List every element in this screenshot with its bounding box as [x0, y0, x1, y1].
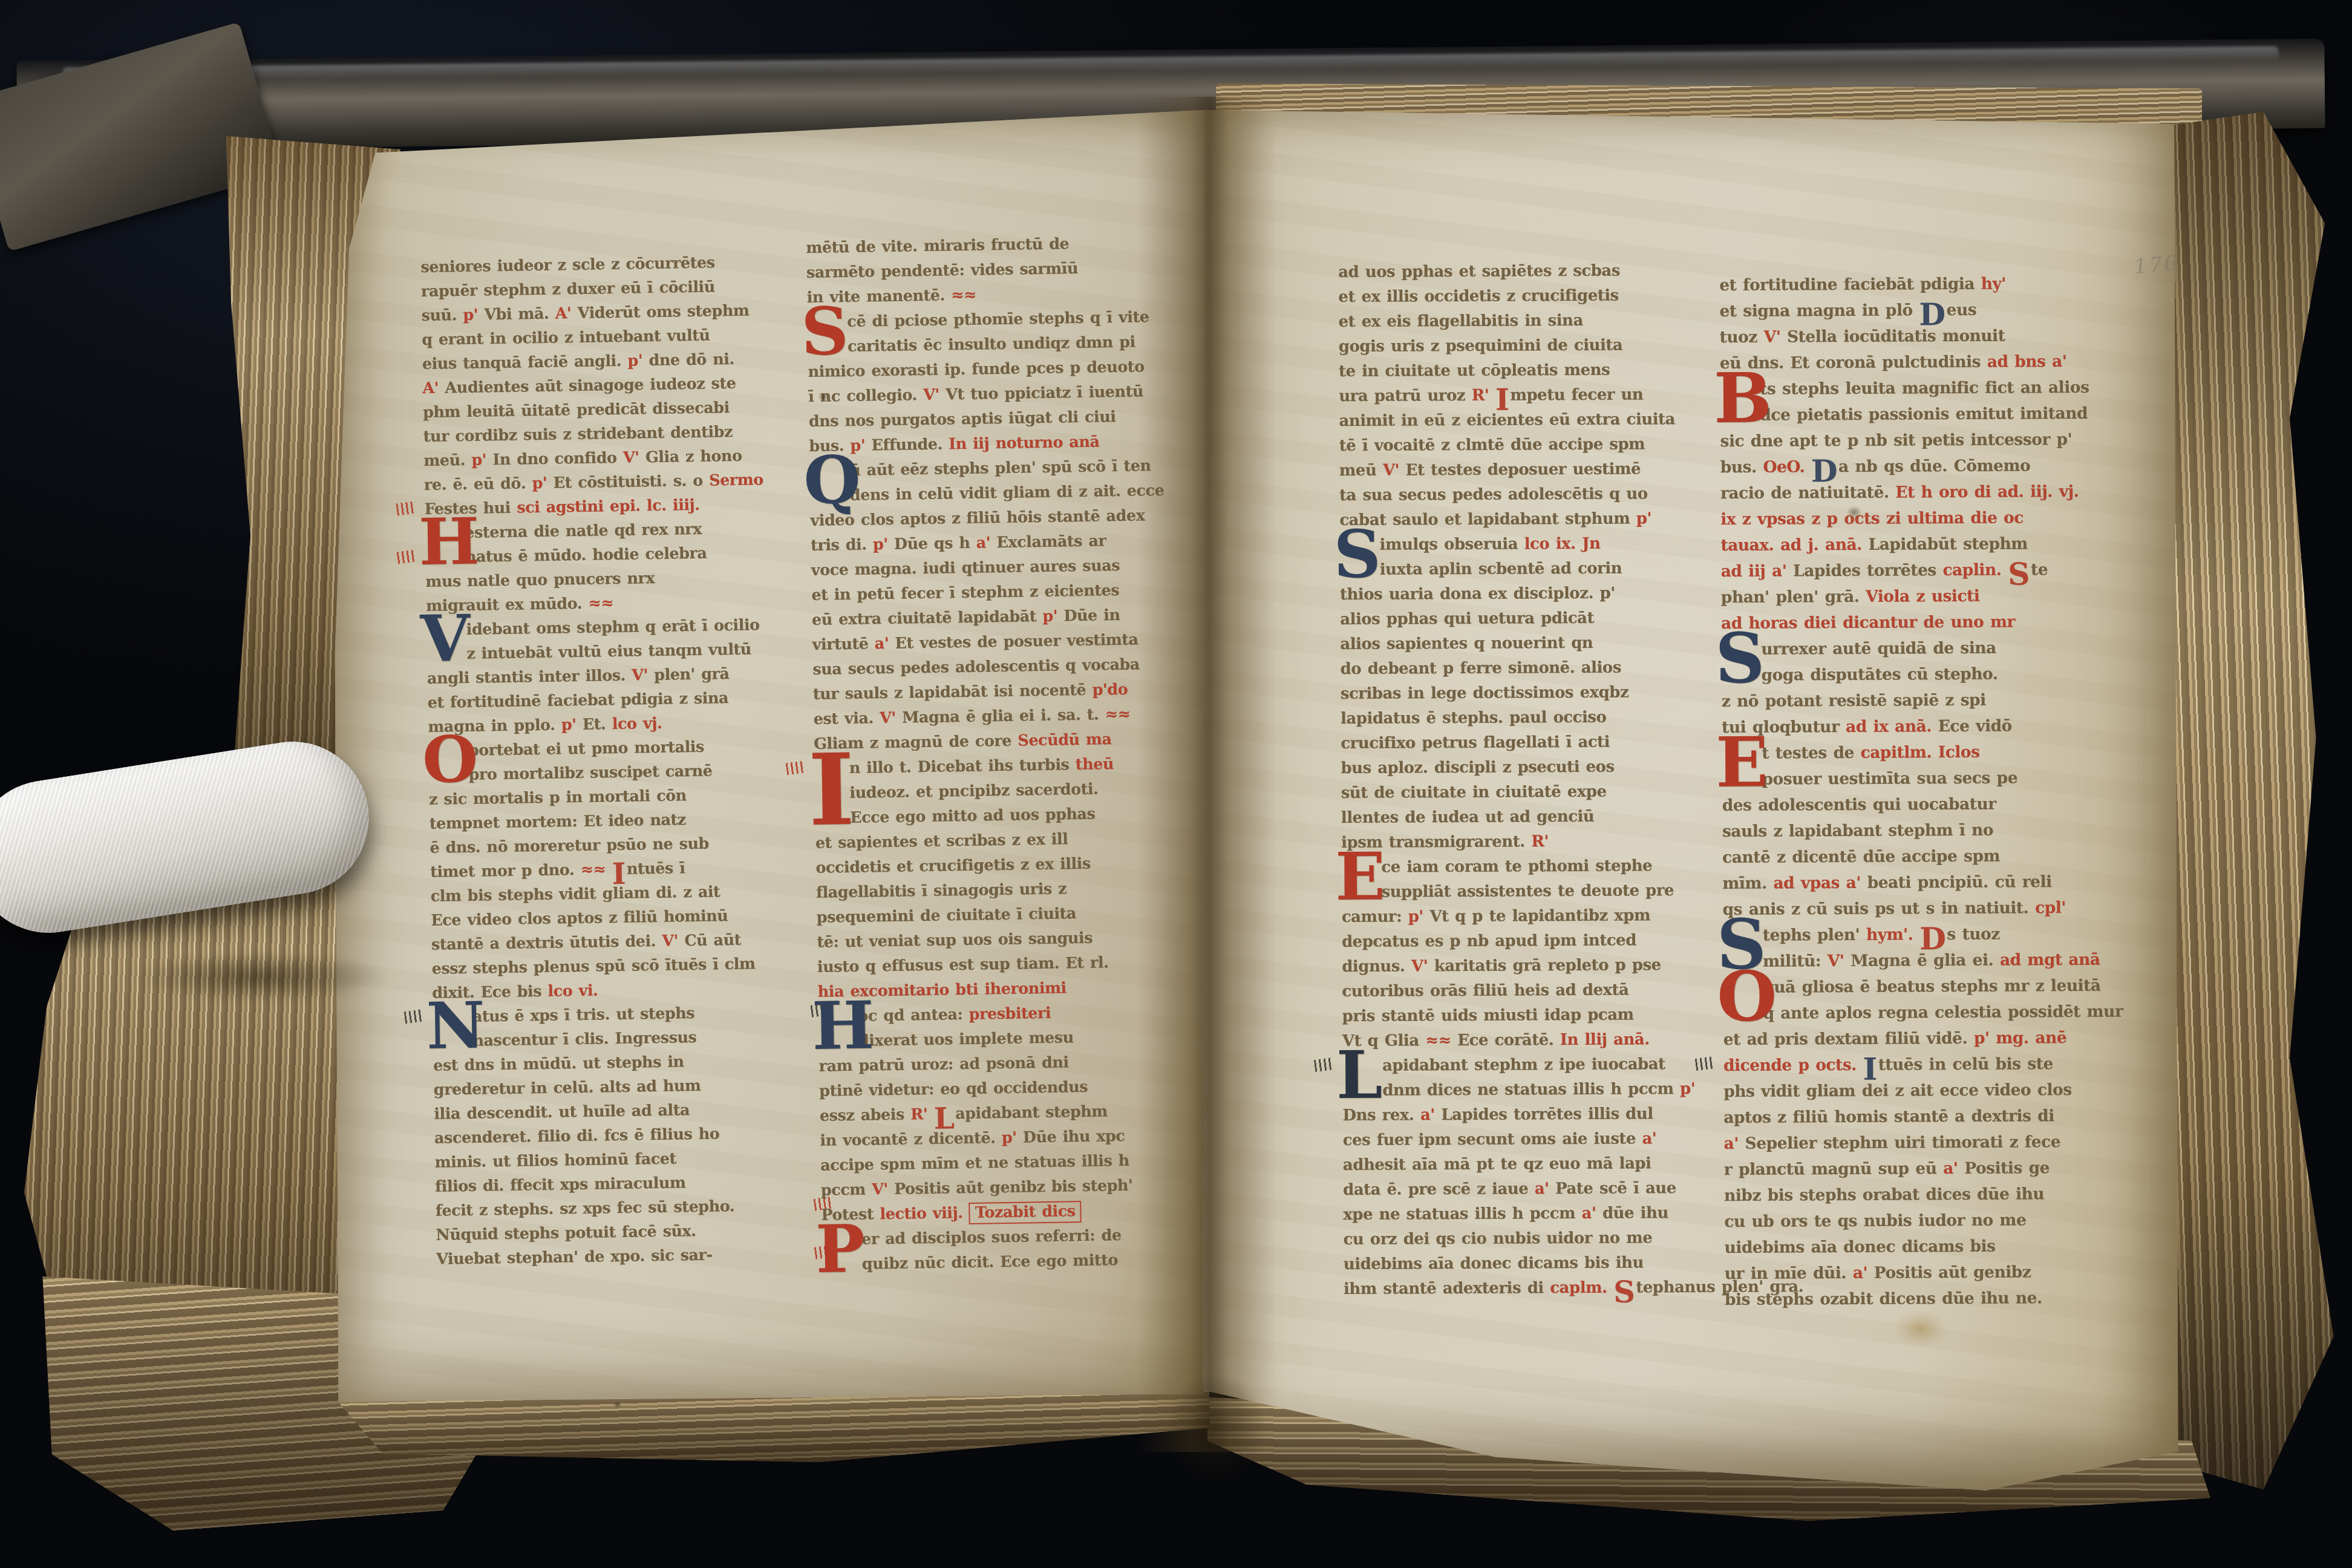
- manuscript-text-segment: V': [1383, 461, 1406, 479]
- manuscript-text-segment: S: [1613, 1274, 1636, 1309]
- margin-penwork-mark: [1314, 1057, 1333, 1072]
- manuscript-text-segment: sci agstini epi. lc. iiij.: [517, 496, 700, 517]
- manuscript-text-segment: ix z vpsas z p octs zi ultima die oc: [1720, 508, 2024, 529]
- manuscript-text-segment: suppliāt assistentes te deuote pre: [1381, 881, 1674, 901]
- manuscript-text-segment: idebant oms stephm q erāt ī ocilio: [466, 616, 759, 639]
- manuscript-text-segment: caritatis ēc insulto undiqz dmn pi: [848, 333, 1135, 355]
- manuscript-text-segment: phm leuitā ūitatē predicāt dissecabi: [423, 399, 730, 422]
- illuminated-initial-E: E: [1335, 851, 1385, 902]
- manuscript-line: nibz bis stephs orabat dices dūe ihu: [1724, 1181, 2108, 1209]
- manuscript-text-segment: eius tanquā faciē angli.: [422, 352, 628, 373]
- manuscript-line: ura patrū uroz R' Impetu fecer un: [1339, 382, 1714, 409]
- manuscript-line: camur: p' Vt q p te lapidantibz xpm: [1342, 903, 1717, 930]
- manuscript-text-segment: posuer uestimīta sua secs pe: [1762, 768, 2017, 788]
- manuscript-text-segment: re. ē. eū dō.: [424, 474, 532, 494]
- manuscript-text-segment: V': [632, 666, 654, 685]
- manuscript-text-segment: ts stephs leuita magnific fict an alios: [1760, 378, 2089, 399]
- manuscript-text-segment: a': [1943, 1159, 1964, 1178]
- margin-penwork-mark: [1695, 1056, 1714, 1071]
- manuscript-text-segment: In llij anā.: [1560, 1030, 1650, 1049]
- manuscript-line: dicende p octs. Ittuēs in celū bis ste: [1723, 1051, 2108, 1079]
- manuscript-line: tē ī vocaitē z clmtē dūe accipe spm: [1339, 432, 1714, 459]
- manuscript-line: tephs plen' hym'. Ds tuoz: [1723, 921, 2107, 949]
- manuscript-text-segment: Secūdū ma: [1018, 730, 1111, 750]
- manuscript-text-segment: OeO.: [1763, 457, 1811, 476]
- manuscript-text-segment: ce iam coram te pthomi stephe: [1381, 857, 1652, 876]
- manuscript-text-segment: hy': [1981, 275, 2006, 293]
- manuscript-line: et signa magna in plō Deus: [1719, 296, 2103, 324]
- manuscript-text-segment: Cū aūt: [684, 931, 741, 950]
- manuscript-line: lapidatus ē stephs. paul occiso: [1341, 705, 1716, 731]
- manuscript-text-segment: aptos z filiū homis stantē a dextris di: [1723, 1106, 2054, 1127]
- illuminated-initial-I: I: [808, 751, 855, 829]
- manuscript-text-segment: tauax. ad j. anā.: [1720, 535, 1868, 555]
- manuscript-text-segment: pris stantē uids miusti idap pcam: [1342, 1005, 1633, 1025]
- manuscript-line: a' Sepelier stephm uiri timorati z fece: [1723, 1129, 2108, 1157]
- manuscript-text-segment: Sepelier stephm uiri timorati z fece: [1745, 1132, 2060, 1153]
- manuscript-text-segment: Viola z usicti: [1866, 587, 1979, 606]
- manuscript-text-segment: portebat ei ut pmo mortalis: [468, 738, 704, 760]
- manuscript-text-segment: Effunde.: [871, 435, 949, 454]
- manuscript-line: ta sua secus pedes adolescētis q uo: [1339, 482, 1714, 508]
- manuscript-text-segment: est via.: [813, 709, 880, 728]
- illuminated-initial-H: H: [812, 999, 875, 1051]
- manuscript-text-segment: clm bis stephs vidit gliam di. z ait: [430, 883, 720, 906]
- left-page-column-2: mētū de vite. miraris fructū desarmēto p…: [806, 230, 1200, 1278]
- illuminated-initial-V: V: [420, 613, 470, 664]
- manuscript-text-segment: stantē a dextris ūtutis dei.: [431, 932, 662, 954]
- manuscript-text-segment: nascentur ī clis. Ingressus: [472, 1028, 696, 1050]
- illuminated-initial-O: O: [1717, 970, 1777, 1024]
- manuscript-text-segment: Vt q p te lapidantibz xpm: [1429, 906, 1650, 926]
- manuscript-text-segment: Tozabit dics: [969, 1201, 1082, 1224]
- manuscript-text-segment: Et testes deposuer uestimē: [1405, 460, 1641, 479]
- manuscript-text-segment: adhesit aīa mā pt te qz euo mā lapi: [1343, 1154, 1651, 1174]
- manuscript-text-segment: accipe spm mīm et ne statuas illis h: [820, 1152, 1129, 1175]
- manuscript-line: urrexer autē quidā de sina: [1721, 635, 2105, 662]
- manuscript-text-segment: Iclos: [1938, 743, 1980, 762]
- manuscript-text-segment: Viuebat stephan' de xpo. sic sar-: [436, 1246, 713, 1269]
- manuscript-text-segment: timet mor p dno.: [430, 861, 581, 881]
- manuscript-text-segment: phan' plen' grā.: [1721, 587, 1866, 607]
- manuscript-line: uidebims aīa donec dicams bis: [1724, 1233, 2108, 1261]
- manuscript-text-segment: V': [1763, 327, 1787, 346]
- manuscript-line: suppliāt assistentes te deuote pre: [1341, 878, 1716, 905]
- manuscript-text-segment: psequemini de ciuitate ī ciuita: [816, 904, 1076, 927]
- manuscript-line: cu orz dei qs cio nubis uidor no me: [1343, 1226, 1718, 1252]
- manuscript-text-segment: dns nos purgatos aptis iūgat cli ciui: [809, 408, 1116, 431]
- manuscript-text-segment: R': [1531, 832, 1549, 851]
- manuscript-text-segment: Lapides torrētes illis dul: [1441, 1105, 1653, 1124]
- manuscript-text-segment: scribas in lege doctissimos exqbz: [1341, 683, 1629, 702]
- manuscript-text-segment: ttuēs in celū bis ste: [1878, 1054, 2053, 1074]
- manuscript-text-segment: Et vestes de posuer vestimta: [895, 630, 1138, 652]
- manuscript-line: adhesit aīa mā pt te qz euo mā lapi: [1343, 1151, 1718, 1178]
- manuscript-line: r planctū magnū sup eū a' Positis ge: [1724, 1155, 2108, 1183]
- manuscript-text-segment: sūt de ciuitate in ciuitatē expe: [1341, 783, 1607, 802]
- glove-shadow: [91, 944, 430, 1010]
- manuscript-line: cantē z dicentē dūe accipe spm: [1722, 843, 2106, 871]
- manuscript-text-segment: a': [1642, 1129, 1656, 1148]
- manuscript-text-segment: Et cōstituisti. s. o: [553, 472, 709, 492]
- manuscript-text-segment: ihm stantē adexteris di: [1344, 1279, 1550, 1298]
- manuscript-text-segment: lco vj.: [612, 714, 662, 733]
- manuscript-text-segment: p': [532, 474, 553, 493]
- margin-penwork-mark: [404, 1009, 423, 1024]
- illuminated-initial-H: H: [419, 516, 480, 567]
- manuscript-text-segment: Ecce ego mitto ad uos pphas: [850, 805, 1096, 827]
- manuscript-text-segment: tur sauls z lapidabāt isi nocentē: [813, 681, 1093, 704]
- manuscript-line: et ex eis flagellabitis in sina: [1338, 308, 1713, 335]
- manuscript-text-segment: quā gliosa ē beatus stephs mr z leuitā: [1763, 976, 2100, 997]
- manuscript-line: z nō potant resistē sapiē z spi: [1722, 687, 2106, 714]
- manuscript-text-segment: imulqs obseruia: [1379, 535, 1524, 554]
- manuscript-text-segment: ad horas diei dicantur de uno mr: [1721, 612, 2015, 633]
- manuscript-text-segment: Vbi mā.: [484, 305, 555, 324]
- manuscript-text-segment: ū aūt eēz stephs plen' spū scō ī ten: [849, 457, 1151, 480]
- manuscript-text-segment: cutoribus orās filiū heis ad dextā: [1342, 981, 1628, 1001]
- manuscript-text-segment: Stella iocūditatis monuit: [1787, 327, 2005, 347]
- manuscript-text-segment: a': [1420, 1106, 1442, 1124]
- manuscript-line: sauls z lapidabant stephm ī no: [1722, 817, 2106, 844]
- manuscript-text-segment: lectio viij.: [880, 1204, 969, 1223]
- manuscript-text-segment: R': [1472, 387, 1495, 405]
- manuscript-text-segment: ad mgt anā: [2000, 950, 2100, 970]
- manuscript-text-segment: Positis ge: [1964, 1158, 2050, 1178]
- manuscript-text-segment: tur cordibz suis z stridebant dentibz: [423, 423, 733, 446]
- manuscript-text-segment: mētū de vite. miraris fructū de: [806, 235, 1069, 257]
- manuscript-line: aptos z filiū homis stantē a dextris di: [1723, 1103, 2108, 1131]
- manuscript-text-segment: tris di.: [811, 535, 873, 555]
- manuscript-text-segment: Ece video clos aptos z filiū hominū: [431, 907, 728, 930]
- manuscript-text-segment: essz stephs plenus spū scō ītuēs ī clm: [431, 955, 755, 978]
- manuscript-text-segment: p'do: [1092, 681, 1128, 699]
- manuscript-text-segment: te: [2031, 560, 2048, 579]
- manuscript-text-segment: Lapidabūt stephm: [1868, 534, 2027, 554]
- manuscript-text-segment: ī nc collegio.: [808, 386, 923, 406]
- manuscript-line: ts stephs leuita magnific fict an alios: [1720, 374, 2104, 402]
- manuscript-text-segment: dnm dices ne statuas illis h pccm: [1382, 1080, 1680, 1100]
- manuscript-line: goga disputātes cū stepho.: [1721, 661, 2105, 688]
- manuscript-text-segment: ≈≈: [588, 594, 613, 613]
- manuscript-line: sic dne apt te p nb sit petis intcessor …: [1720, 426, 2104, 454]
- manuscript-text-segment: et in petū fecer ī stephm z eicientes: [811, 581, 1119, 604]
- manuscript-text-segment: bus.: [1720, 458, 1763, 477]
- manuscript-text-segment: Vt tuo ppiciatz ī iuentū: [946, 382, 1143, 403]
- manuscript-text-segment: dicende p octs.: [1723, 1056, 1863, 1075]
- manuscript-line: xpe ne statuas illis h pccm a' dūe ihu: [1343, 1201, 1718, 1227]
- illuminated-initial-S: S: [1715, 632, 1765, 685]
- manuscript-text-segment: esterna die natle qd rex nrx: [465, 520, 702, 542]
- manuscript-line: ad iij a' Lapides torrētes caplin. Ste: [1720, 557, 2105, 584]
- manuscript-text-segment: llentes de iudea ut ad genciū: [1341, 808, 1595, 827]
- manuscript-text-segment: ura patrū uroz: [1339, 387, 1472, 405]
- manuscript-line: et ad pris dextam filiū vidē. p' mg. anē: [1723, 1025, 2108, 1053]
- manuscript-text-segment: A': [422, 379, 445, 397]
- manuscript-text-segment: p': [627, 351, 648, 370]
- manuscript-text-segment: nibz bis stephs orabat dices dūe ihu: [1724, 1184, 2044, 1205]
- manuscript-text-segment: iusto q effusus est sup tiam. Et rl.: [817, 953, 1109, 976]
- manuscript-text-segment: mpetu fecer un: [1510, 385, 1643, 404]
- manuscript-text-segment: V': [623, 448, 645, 467]
- manuscript-line: crucifixo petrus flagellati ī acti: [1341, 730, 1716, 756]
- manuscript-line: alios sapientes q nouerint qn: [1340, 630, 1715, 657]
- manuscript-line: ihm stantē adexteris di caplm. Stephanus…: [1344, 1275, 1719, 1302]
- manuscript-text-segment: mīm.: [1722, 874, 1773, 893]
- manuscript-text-segment: ≈≈: [951, 286, 976, 305]
- manuscript-text-segment: ptinē videtur: eo qd occidendus: [819, 1078, 1088, 1100]
- manuscript-text-segment: p': [1408, 907, 1430, 926]
- manuscript-text-segment: alios sapientes q nouerint qn: [1340, 634, 1593, 653]
- manuscript-text-segment: Positis aūt genibz bis steph': [894, 1177, 1133, 1198]
- manuscript-text-segment: Ece corātē.: [1457, 1031, 1560, 1050]
- manuscript-text-segment: p': [1680, 1080, 1695, 1098]
- manuscript-text-segment: ad bns a': [1987, 352, 2067, 371]
- manuscript-text-segment: do debeant p ferre simonē. alios: [1340, 659, 1621, 678]
- manuscript-text-segment: goga disputātes cū stepho.: [1761, 665, 1998, 685]
- manuscript-text-segment: te in ciuitate ut cōpleatis mens: [1339, 361, 1610, 381]
- illuminated-initial-S: S: [801, 305, 849, 358]
- manuscript-text-segment: Nūquid stephs potuit facē sūx.: [436, 1222, 696, 1244]
- manuscript-photograph: seniores iudeor z scle z cōcurrētesrapuē…: [0, 0, 2352, 1568]
- manuscript-text-segment: quibz nūc dicit. Ece ego mitto: [861, 1251, 1118, 1273]
- manuscript-text-segment: tempnet mortem: Et ideo natz: [430, 811, 686, 833]
- manuscript-text-segment: crucifixo petrus flagellati ī acti: [1341, 733, 1610, 753]
- manuscript-line: ces fuer ipm secunt oms aie iuste a': [1343, 1126, 1718, 1153]
- manuscript-text-segment: p': [463, 305, 484, 324]
- folio-number: 176: [2133, 251, 2180, 279]
- manuscript-text-segment: ascenderet. filio di. fcs ē filius ho: [434, 1125, 720, 1147]
- manuscript-text-segment: dens in celū vidit gliam di z ait. ecce: [850, 482, 1165, 505]
- manuscript-text-segment: In iij noturno anā: [949, 433, 1100, 453]
- manuscript-text-segment: Audientes aūt sinagoge iudeoz ste: [445, 374, 736, 397]
- manuscript-text-segment: cantē z dicentē dūe accipe spm: [1722, 847, 2000, 867]
- manuscript-text-segment: et ex illis occidetis z crucifigetis: [1338, 287, 1618, 306]
- margin-penwork-mark: [786, 760, 805, 775]
- manuscript-text-segment: et signa magna in plō: [1719, 301, 1919, 321]
- manuscript-text-segment: p': [471, 451, 492, 469]
- manuscript-text-segment: minis. ut filios hominū facet: [434, 1150, 676, 1172]
- manuscript-text-segment: Dūe in: [1063, 606, 1120, 625]
- manuscript-text-segment: cē di pciose pthomīe stephs q ī vite: [847, 308, 1149, 331]
- manuscript-text-segment: a': [1535, 1180, 1556, 1198]
- manuscript-line: pris stantē uids miusti idap pcam: [1342, 1002, 1717, 1029]
- manuscript-line: meū V' Et testes deposuer uestimē: [1339, 457, 1714, 483]
- manuscript-text-segment: Magna ē glia ei.: [1851, 951, 2000, 970]
- manuscript-line: bus. OeO. Da nb qs dūe. Cōmemo: [1720, 452, 2105, 480]
- manuscript-text-segment: ad ix anā.: [1846, 717, 1938, 736]
- manuscript-text-segment: ces fuer ipm secunt oms aie iuste: [1343, 1129, 1642, 1149]
- manuscript-text-segment: flagellabitis ī sinagogis uris z: [816, 880, 1067, 901]
- manuscript-text-segment: a': [1723, 1134, 1745, 1153]
- manuscript-text-segment: sic dne apt te p nb sit petis intcessor …: [1720, 430, 2072, 451]
- manuscript-text-segment: voce magna. iudi qtinuer aures suas: [811, 557, 1120, 580]
- manuscript-text-segment: cu orz dei qs cio nubis uidor no me: [1343, 1229, 1652, 1249]
- illuminated-initial-B: B: [1714, 371, 1772, 425]
- manuscript-text-segment: Exclamāts ar: [996, 532, 1106, 552]
- manuscript-text-segment: cabat saulo et lapidabant stphum: [1339, 509, 1636, 529]
- manuscript-text-segment: qs anis z cū suis ps ut s in natiuit.: [1722, 898, 2035, 919]
- manuscript-text-segment: ntuēs ī: [627, 859, 685, 878]
- manuscript-line: imulqs obseruia lco ix. Jn: [1339, 531, 1714, 558]
- manuscript-text-segment: thios uaria dona ex disciploz. p': [1340, 584, 1615, 604]
- manuscript-text-segment: a nb qs dūe. Cōmemo: [1838, 456, 2030, 476]
- manuscript-text-segment: dne dō ni.: [648, 350, 734, 370]
- manuscript-text-segment: iudeoz. et pncipibz sacerdoti.: [849, 780, 1098, 802]
- manuscript-text-segment: sua secus pedes adolescentis q vocaba: [812, 655, 1140, 678]
- manuscript-text-segment: cpl': [2035, 898, 2066, 917]
- margin-penwork-mark: [396, 501, 415, 515]
- manuscript-text-segment: ad iij a': [1721, 561, 1794, 581]
- illuminated-initial-Q: Q: [803, 454, 861, 506]
- manuscript-text-segment: rapuēr stephm z duxer eū ī cōciliū: [421, 278, 715, 301]
- manuscript-line: eū dns. Et coronā pulctudinis ad bns a': [1720, 348, 2104, 376]
- manuscript-text-segment: dce pietatis passionis emitut imitand: [1760, 404, 2088, 425]
- manuscript-text-segment: eū extra ciuitatē lapidabāt: [812, 607, 1043, 629]
- manuscript-line: tuoz V' Stella iocūditatis monuit: [1719, 322, 2103, 350]
- manuscript-text-segment: ≈≈: [1105, 705, 1130, 724]
- manuscript-text-segment: alios pphas qui uetura pdicāt: [1340, 609, 1594, 629]
- illuminated-initial-E: E: [1716, 736, 1768, 789]
- manuscript-text-segment: natus ē mūdo. hodie celebra: [465, 544, 707, 566]
- manuscript-text-segment: essz abeis: [820, 1105, 911, 1125]
- manuscript-line: ce iam coram te pthomi stephe: [1341, 854, 1716, 880]
- right-page-column-1: ad uos pphas et sapiētes z scbaset ex il…: [1338, 258, 1719, 1302]
- manuscript-text-segment: R': [910, 1105, 934, 1124]
- manuscript-text-segment: beati pncipiū. cū reli: [1867, 872, 2052, 892]
- manuscript-text-segment: Viderūt oms stephm: [577, 301, 749, 322]
- manuscript-text-segment: p': [1002, 1129, 1023, 1148]
- manuscript-text-segment: suū.: [421, 306, 463, 325]
- illuminated-initial-P: P: [815, 1223, 866, 1275]
- manuscript-text-segment: er ad disciplos suos referri: de: [861, 1226, 1122, 1249]
- manuscript-line: dignus. V' karitatis grā repleto p pse: [1342, 953, 1717, 979]
- manuscript-text-segment: pro mortalibz suscipet carnē: [468, 762, 712, 784]
- manuscript-line: depcatus es p nb apud ipm intced: [1342, 928, 1717, 955]
- manuscript-line: q ante aplos regna celestia possidēt mur: [1723, 999, 2107, 1027]
- manuscript-text-segment: gogis uris z psequimini de ciuita: [1339, 336, 1623, 356]
- manuscript-line: cu ub ors te qs nubis iudor no me: [1724, 1207, 2108, 1235]
- manuscript-line: qs anis z cū suis ps ut s in natiuit. cp…: [1722, 895, 2106, 923]
- manuscript-text-segment: tē ī vocaitē z clmtē dūe accipe spm: [1339, 435, 1645, 455]
- manuscript-line: apidabant stephm z ipe iuocabat: [1342, 1052, 1717, 1079]
- manuscript-text-segment: seniores iudeor z scle z cōcurrētes: [420, 253, 715, 276]
- manuscript-line: et fortitudine faciebāt pdigia hy': [1719, 270, 2103, 298]
- manuscript-text-segment: r planctū magnū sup eū: [1724, 1159, 1944, 1179]
- manuscript-text-segment: dixerat uos implete mesu: [858, 1028, 1074, 1050]
- manuscript-text-segment: eus: [1946, 301, 1976, 319]
- manuscript-text-segment: lco vi.: [547, 982, 598, 1001]
- manuscript-text-segment: lapidatus ē stephs. paul occiso: [1341, 708, 1606, 728]
- manuscript-text-segment: Dūe qs h: [894, 534, 976, 554]
- manuscript-text-segment: ≈≈: [1425, 1031, 1457, 1050]
- manuscript-text-segment: p': [873, 535, 894, 554]
- manuscript-text-segment: V': [923, 385, 946, 404]
- manuscript-text-segment: oc qd antea:: [858, 1005, 969, 1025]
- manuscript-line: militū: V' Magna ē glia ei. ad mgt anā: [1723, 947, 2107, 975]
- manuscript-text-segment: in vocantē z dicentē.: [820, 1129, 1002, 1150]
- manuscript-text-segment: nimico exorasti ip. funde pces p deuoto: [808, 358, 1144, 381]
- manuscript-line: uidebims aīa donec dicams bis ihu: [1344, 1250, 1719, 1277]
- manuscript-text-segment: lco ix.: [1524, 535, 1583, 554]
- manuscript-line: do debeant p ferre simonē. alios: [1340, 655, 1715, 682]
- manuscript-line: sūt de ciuitate in ciuitatē expe: [1341, 779, 1716, 806]
- manuscript-line: mīm. ad vpas a' beati pncipiū. cū reli: [1722, 869, 2106, 897]
- manuscript-line: ad uos pphas et sapiētes z scbas: [1338, 258, 1713, 285]
- manuscript-line: dce pietatis passionis emitut imitand: [1720, 400, 2104, 428]
- manuscript-text-segment: Glia z hono: [645, 447, 742, 467]
- manuscript-line: llentes de iudea ut ad genciū: [1341, 804, 1716, 831]
- manuscript-line: ipsm transmigrarent. R': [1341, 829, 1716, 855]
- manuscript-text-segment: Positis aūt genibz: [1874, 1263, 2031, 1282]
- manuscript-text-segment: hym'.: [1866, 925, 1919, 944]
- manuscript-text-segment: Ece vidō: [1938, 716, 2012, 736]
- manuscript-text-segment: dignus.: [1342, 957, 1411, 976]
- manuscript-text-segment: p': [1636, 509, 1651, 528]
- manuscript-line: t testes de capitlm. Iclos: [1722, 739, 2106, 766]
- manuscript-line: iuxta aplin scbentē ad corin: [1340, 556, 1715, 583]
- manuscript-text-segment: ta sua secus pedes adolescētis q uo: [1339, 485, 1648, 505]
- illuminated-initial-L: L: [1336, 1049, 1383, 1100]
- manuscript-text-segment: Dūe ihu xpc: [1023, 1127, 1125, 1147]
- manuscript-text-segment: caplin.: [1942, 561, 2008, 580]
- manuscript-text-segment: a': [1581, 1204, 1602, 1223]
- illuminated-initial-N: N: [426, 1000, 485, 1051]
- manuscript-line: posuer uestimīta sua secs pe: [1722, 765, 2106, 792]
- manuscript-text-segment: ≈≈: [580, 860, 612, 879]
- manuscript-text-segment: animit in eū z eicientes eū extra ciuita: [1339, 410, 1675, 430]
- manuscript-line: cutoribus orās filiū heis ad dextā: [1342, 978, 1717, 1004]
- manuscript-text-segment: xpe ne statuas illis h pccm: [1343, 1204, 1581, 1224]
- manuscript-text-segment: a': [976, 534, 996, 552]
- manuscript-line: alios pphas qui uetura pdicāt: [1340, 606, 1715, 632]
- manuscript-text-segment: p' mg. anē: [1974, 1028, 2066, 1048]
- manuscript-text-segment: et fortitudinē faciebat pdigia z sina: [427, 689, 728, 712]
- manuscript-text-segment: V': [880, 709, 902, 728]
- manuscript-text-segment: apidabant stephm z ipe iuocabat: [1382, 1055, 1665, 1074]
- manuscript-text-segment: atus ē xps ī tris. ut stephs: [472, 1004, 695, 1026]
- manuscript-line: ad horas diei dicantur de uno mr: [1721, 609, 2105, 636]
- manuscript-text-segment: karitatis grā repleto p pse: [1434, 956, 1661, 975]
- manuscript-text-segment: q ante aplos regna celestia possidēt mur: [1763, 1002, 2123, 1023]
- manuscript-line: cabat saulo et lapidabant stphum p': [1339, 506, 1714, 533]
- manuscript-text-segment: iuxta aplin scbentē ad corin: [1380, 560, 1622, 579]
- manuscript-line: dnm dices ne statuas illis h pccm p': [1342, 1077, 1717, 1103]
- manuscript-line: te in ciuitate ut cōpleatis mens: [1339, 358, 1714, 384]
- manuscript-text-segment: A': [555, 304, 577, 323]
- manuscript-text-segment: tē: ut veniat sup uos ois sanguis: [817, 929, 1093, 952]
- manuscript-line: Vt q Glia ≈≈ Ece corātē. In llij anā.: [1342, 1027, 1717, 1054]
- manuscript-text-segment: racio de natiuitatē.: [1720, 483, 1896, 503]
- manuscript-text-segment: Et h oro di ad. iij. vj.: [1895, 482, 2079, 502]
- manuscript-text-segment: phs vidit gliam dei z ait ecce video clo…: [1723, 1080, 2072, 1101]
- manuscript-text-segment: filios di. ffecit xps miraculum: [435, 1174, 686, 1196]
- manuscript-text-segment: p': [1042, 607, 1063, 626]
- manuscript-line: thios uaria dona ex disciploz. p': [1340, 581, 1715, 607]
- manuscript-text-segment: Sermo: [709, 471, 763, 489]
- right-page-column-2: et fortitudine faciebāt pdigia hy'et sig…: [1719, 270, 2109, 1313]
- manuscript-text-segment: p': [561, 716, 583, 734]
- manuscript-text-segment: virtutē: [812, 635, 875, 654]
- manuscript-line: ix z vpsas z p octs zi ultima die oc: [1720, 505, 2105, 532]
- manuscript-text-segment: apidabant stephm: [955, 1102, 1108, 1123]
- illuminated-initial-S: S: [1333, 528, 1381, 580]
- manuscript-line: ur in mīe dūi. a' Positis aūt genibz: [1725, 1259, 2109, 1287]
- manuscript-text-segment: data ē. pre scē z iaue: [1343, 1180, 1535, 1199]
- manuscript-text-segment: depcatus es p nb apud ipm intced: [1342, 931, 1636, 951]
- manuscript-text-segment: V': [1411, 957, 1434, 975]
- manuscript-line: racio de natiuitatē. Et h oro di ad. iij…: [1720, 479, 2105, 506]
